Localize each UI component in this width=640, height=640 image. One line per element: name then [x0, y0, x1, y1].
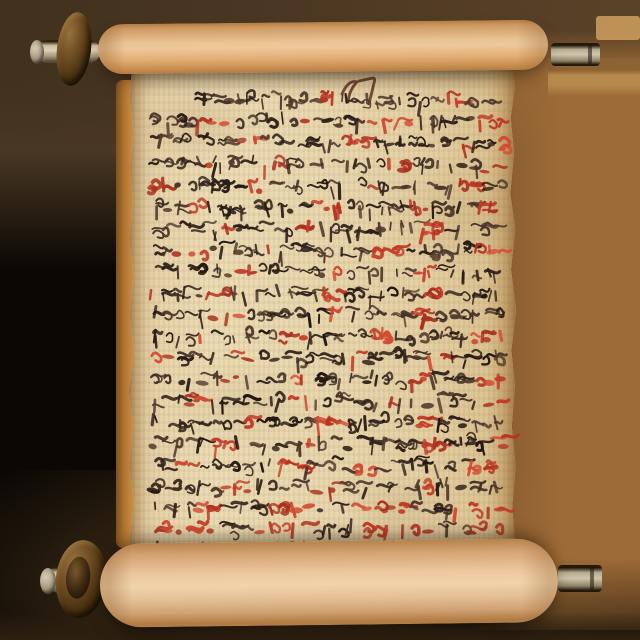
papyrus-scroll-image: [0, 0, 640, 640]
top-roller-rod-left-cap: [30, 40, 44, 64]
top-roller-rod-right-notch: [588, 45, 592, 64]
bottom-roller-rod-left-cap: [40, 568, 56, 594]
background-smear-top-right: [596, 16, 640, 40]
bottom-roller-tube: [100, 538, 559, 628]
papyrus-page: [128, 62, 518, 568]
bottom-roller-rod-right-notch: [590, 567, 594, 590]
bottom-roller-rod-right: [558, 565, 602, 592]
top-roller-rod-right: [551, 43, 600, 66]
top-roller-tube: [98, 20, 548, 75]
